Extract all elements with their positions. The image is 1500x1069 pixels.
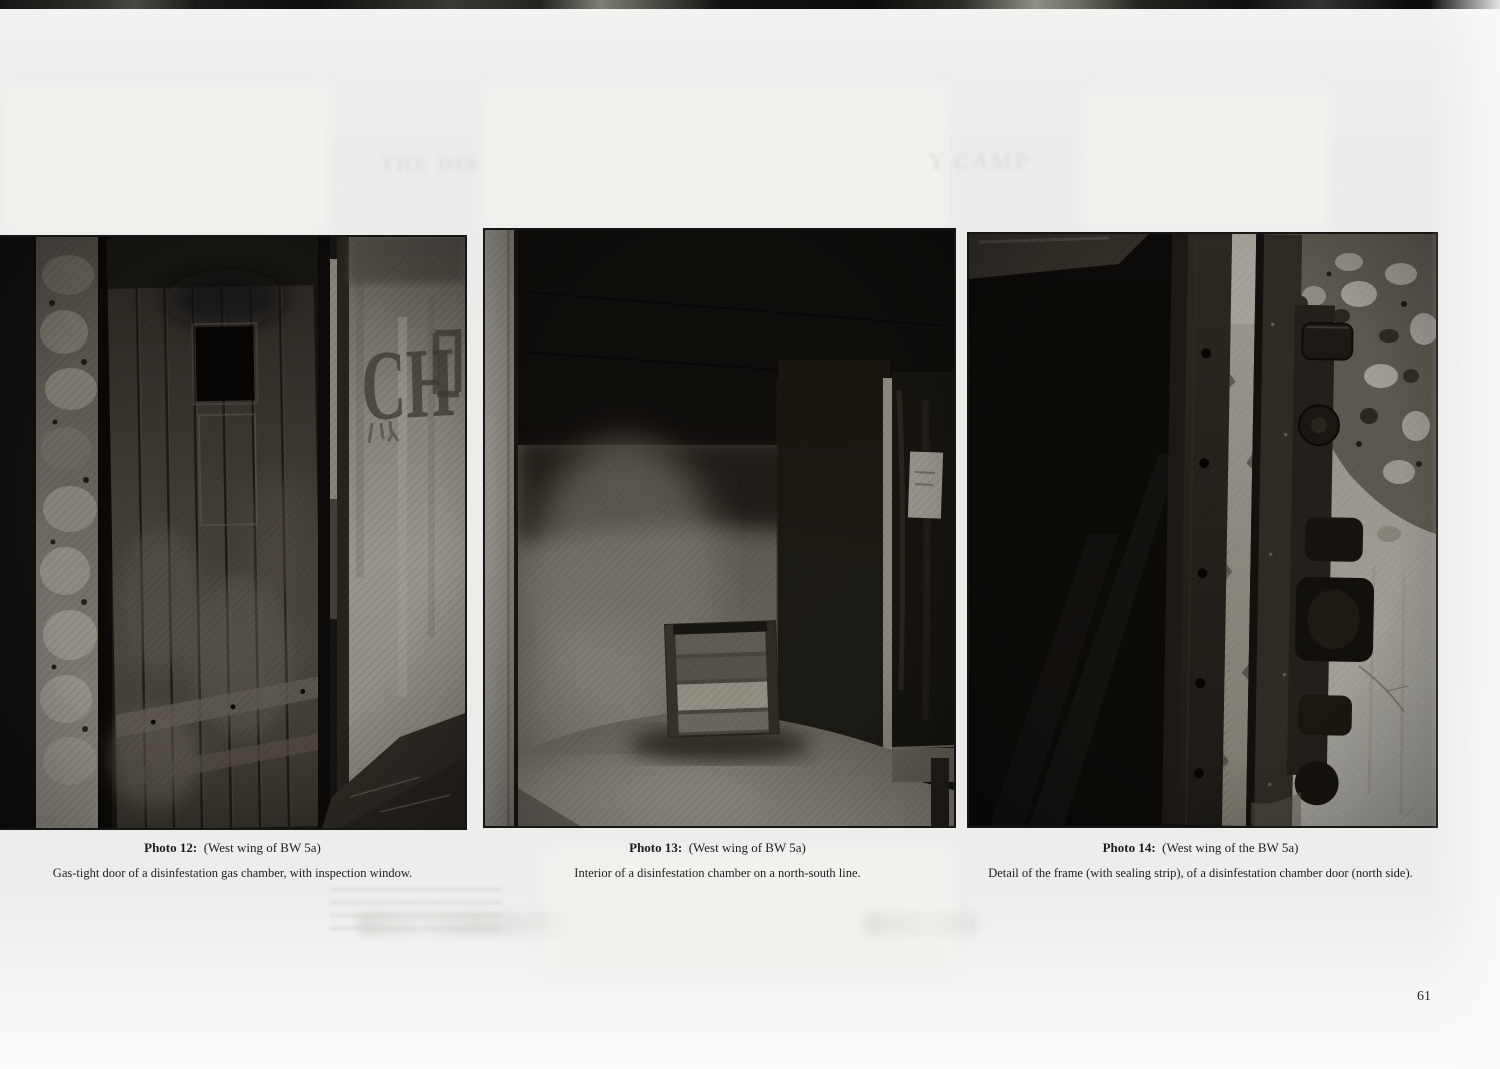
page-edge-fade bbox=[1430, 0, 1500, 1069]
showthrough-smudge-left bbox=[358, 912, 568, 936]
book-page-scan: THE DIS Y CAMP bbox=[0, 0, 1500, 1069]
photo-14-figure bbox=[967, 232, 1438, 828]
showthrough-smudge-right bbox=[862, 912, 978, 936]
showthrough-patch-center bbox=[483, 88, 947, 230]
caption-photo-12-label: Photo 12: bbox=[144, 840, 197, 855]
page-number: 61 bbox=[1404, 989, 1444, 1005]
photo-12-figure: CH bbox=[0, 235, 467, 830]
caption-photo-12-description: Gas-tight door of a disinfestation gas c… bbox=[0, 866, 465, 881]
showthrough-patch-left bbox=[0, 84, 330, 234]
photo-12-image: CH bbox=[0, 235, 467, 830]
showthrough-header-left: THE DIS bbox=[380, 152, 479, 177]
photo-14-image bbox=[967, 232, 1438, 828]
scan-edge-strip bbox=[0, 0, 1500, 9]
showthrough-patch-right bbox=[1085, 90, 1330, 232]
caption-photo-13-label: Photo 13: bbox=[629, 840, 682, 855]
caption-photo-13-title: Photo 13: (West wing of BW 5a) bbox=[483, 840, 952, 856]
caption-photo-13-description: Interior of a disinfestation chamber on … bbox=[483, 866, 952, 881]
caption-photo-14-description: Detail of the frame (with sealing strip)… bbox=[967, 866, 1434, 881]
caption-photo-12-title: Photo 12: (West wing of BW 5a) bbox=[0, 840, 465, 856]
caption-photo-13-location: (West wing of BW 5a) bbox=[689, 840, 806, 855]
photo-13-figure bbox=[483, 228, 956, 828]
showthrough-textlines bbox=[330, 888, 502, 930]
showthrough-header-right: Y CAMP bbox=[928, 149, 1030, 175]
caption-photo-12-location: (West wing of BW 5a) bbox=[204, 840, 321, 855]
caption-photo-14-label: Photo 14: bbox=[1103, 840, 1156, 855]
caption-photo-14-title: Photo 14: (West wing of the BW 5a) bbox=[967, 840, 1434, 856]
caption-photo-14-location: (West wing of the BW 5a) bbox=[1162, 840, 1298, 855]
photo-13-image bbox=[483, 228, 956, 828]
